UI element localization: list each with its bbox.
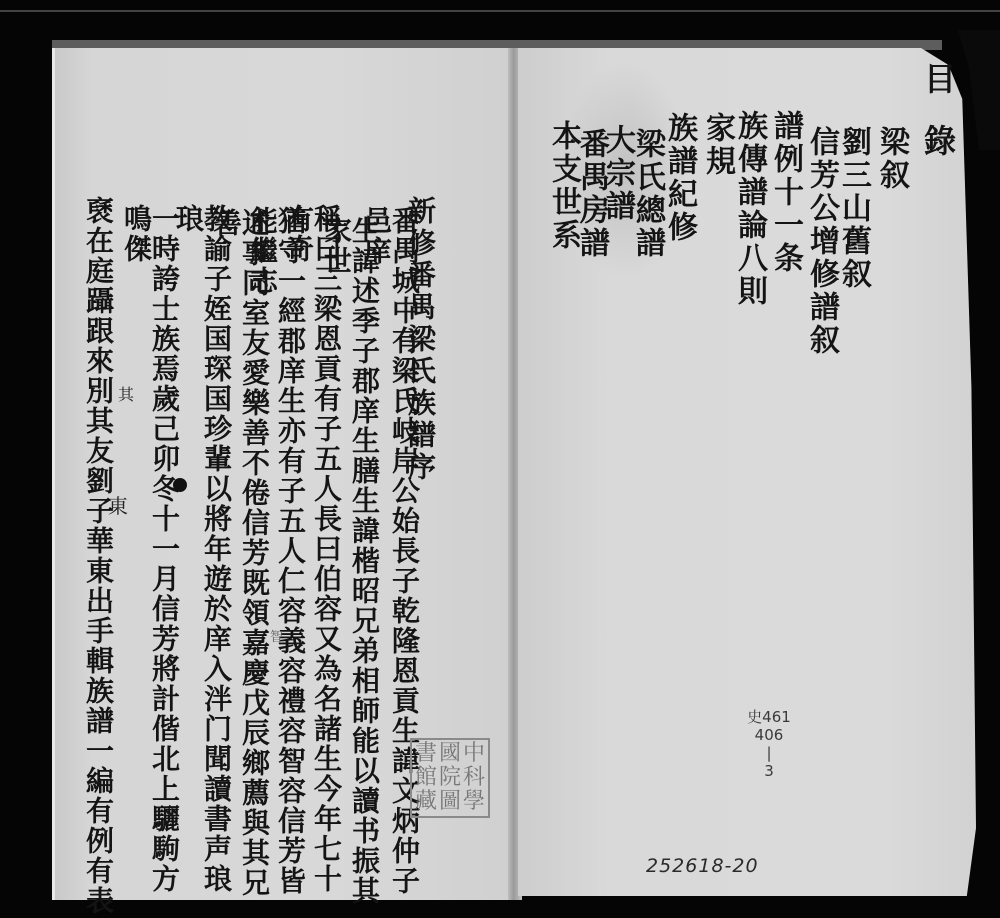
seal-char: 學 bbox=[462, 791, 486, 813]
catalog-line: 3 bbox=[744, 762, 794, 780]
seal-char: 院 bbox=[438, 767, 462, 789]
seal-char: 中 bbox=[462, 743, 486, 765]
preface-column-7: 一時誇士族焉歲己卯冬十一月信芳將計偕北上驪駒方鳴傑 bbox=[122, 204, 178, 918]
preface-column-6: 教諭子姪国琛国珍輩以將年遊於庠入泮门聞讀書声琅琅 bbox=[174, 204, 230, 918]
margin-correction: 智 bbox=[270, 626, 283, 645]
toc-entry: 信芳公增修譜叙 bbox=[806, 126, 836, 357]
margin-correction: 東 bbox=[108, 490, 128, 519]
catalog-line: | bbox=[744, 744, 794, 762]
preface-column-8: 褎在庭躡跟來別其友劉子華東出手輯族譜一編有例有表 bbox=[84, 196, 112, 916]
seal-char: 書 bbox=[414, 743, 438, 765]
seal-char: 藏 bbox=[414, 791, 438, 813]
toc-heading: 目錄 bbox=[922, 62, 954, 186]
seal-char: 國 bbox=[438, 743, 462, 765]
scan-edge bbox=[0, 10, 1000, 12]
catalog-shelf-mark: 史461 406 | 3 bbox=[744, 708, 794, 780]
library-seal: 中 國 書 科 院 館 學 圖 藏 bbox=[410, 738, 490, 818]
toc-entry: 梁叙 bbox=[876, 126, 906, 192]
catalog-line: 史461 bbox=[744, 708, 794, 726]
toc-entry: 譜例十一条 bbox=[770, 110, 800, 275]
toc-entry: 家規 bbox=[702, 112, 732, 178]
accession-number: 252618-20 bbox=[646, 855, 759, 877]
ink-blot bbox=[173, 478, 187, 492]
toc-entry: 劉三山舊叙 bbox=[838, 126, 868, 291]
toc-entry: 本支世系 bbox=[548, 120, 578, 252]
seal-char: 科 bbox=[462, 767, 486, 789]
toc-entry: 族譜紀修 bbox=[664, 112, 694, 244]
catalog-line: 406 bbox=[744, 726, 794, 744]
seal-char: 圖 bbox=[438, 791, 462, 813]
margin-correction: 其 bbox=[118, 382, 134, 405]
toc-entry: 族傳譜論八則 bbox=[734, 110, 764, 308]
toc-entry: 梁氏總譜 bbox=[632, 128, 662, 260]
seal-char: 館 bbox=[414, 767, 438, 789]
